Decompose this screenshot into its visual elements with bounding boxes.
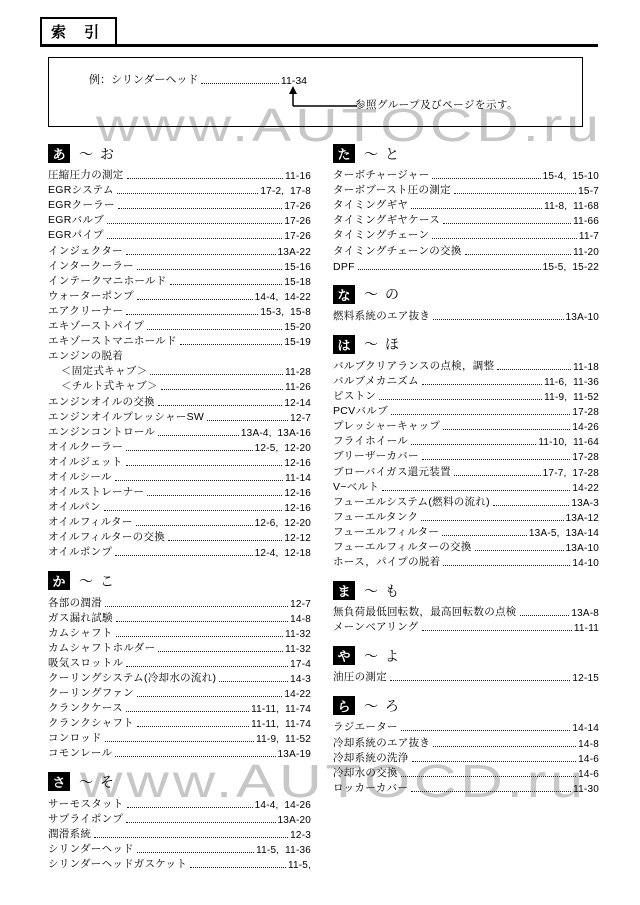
dotted-leader: [432, 178, 540, 179]
entry-page-ref: 17-26: [284, 201, 311, 212]
dotted-leader: [391, 414, 571, 415]
entry-term: ブローバイガス還元装置: [333, 464, 451, 479]
section-kana-end: ろ: [385, 696, 399, 716]
section-kana-end: と: [385, 144, 399, 164]
section-tilde: 〜: [79, 772, 93, 792]
dotted-leader: [94, 837, 288, 838]
dotted-leader: [126, 254, 276, 255]
entry-term: EGRパイプ: [48, 227, 104, 242]
entry-page-ref: 11-20: [573, 247, 599, 258]
section-kana-start: か: [48, 571, 70, 590]
entry-term: ロッカーカバー: [333, 780, 408, 795]
dotted-leader: [207, 420, 288, 421]
entry-page-ref: 12-4, 12-18: [255, 548, 311, 559]
section-kana-start: な: [333, 285, 355, 304]
entry-term: タイミングギヤケース: [333, 212, 440, 227]
entry-term: ガス漏れ試験: [48, 610, 113, 625]
entry-page-ref: 14-4, 14-22: [255, 292, 311, 303]
dotted-leader: [520, 615, 570, 616]
section-header: ま〜も: [333, 581, 599, 600]
entry-term: サーモスタット: [48, 796, 124, 811]
dotted-leader: [421, 520, 563, 521]
entry-term: 吸気スロットル: [48, 655, 123, 670]
reference-arrow-icon: [287, 86, 357, 110]
index-entry-row: カムシャフト11-32: [48, 625, 311, 640]
entry-term: 無負荷最低回転数，最高回転数の点検: [333, 604, 517, 619]
index-entry-row: メーンベアリング11-11: [333, 619, 599, 634]
index-entry-row: EGRシステム17-2, 17-8: [48, 182, 311, 197]
dotted-leader: [137, 726, 249, 727]
dotted-leader: [115, 555, 252, 556]
dotted-leader: [126, 465, 283, 466]
dotted-leader: [107, 223, 282, 224]
example-note: 参照グループ及びページを示す。: [355, 97, 518, 112]
entry-page-ref: 17-28: [572, 452, 599, 463]
index-entry-row: エキゾーストマニホールド15-19: [48, 333, 311, 348]
index-entry-row: フューエルフィルターの交換13A-10: [333, 539, 599, 554]
section-header: ら〜ろ: [333, 696, 599, 715]
dotted-leader: [126, 711, 249, 712]
index-entry-row: DPF15-5, 15-22: [333, 258, 599, 273]
index-entry-row: ブローバイガス還元装置17-7, 17-28: [333, 463, 599, 478]
index-entry-row: ウォーターポンプ14-4, 14-22: [48, 288, 311, 303]
index-column-right: た〜とターボチャージャー15-4, 15-10ターボブースト圧の測定15-7タイ…: [333, 140, 599, 795]
index-entry-row: コンロッド11-9, 11-52: [48, 730, 311, 745]
index-entry-row: クーリングファン14-22: [48, 685, 311, 700]
section-kana-start: ま: [333, 581, 355, 600]
entry-page-ref: 17-4: [290, 659, 311, 670]
index-entry-row: サーモスタット14-4, 14-26: [48, 795, 311, 810]
index-entry-row: 冷却系統の洗浄14-6: [333, 750, 599, 765]
entry-term: EGRシステム: [48, 182, 114, 197]
entry-page-ref: 11-16: [285, 171, 311, 182]
entry-term: エアクリーナー: [48, 303, 123, 318]
dotted-leader: [379, 399, 542, 400]
section-kana-start: あ: [48, 144, 70, 163]
dotted-leader: [411, 791, 571, 792]
index-page: www.AUTOCD.ru www.AUTOCD.ru 索 引 例：シリンダーヘ…: [0, 0, 640, 905]
entry-page-ref: 13A-5, 13A-14: [529, 528, 599, 539]
entry-page-ref: 14-6: [578, 769, 599, 780]
index-entry-row: 吸気スロットル17-4: [48, 655, 311, 670]
section-tilde: 〜: [364, 284, 378, 304]
dotted-leader: [137, 696, 282, 697]
entry-page-ref: 15-16: [284, 262, 311, 273]
entry-page-ref: 15-3, 15-8: [260, 307, 311, 318]
entry-term: クーリングファン: [48, 685, 134, 700]
entry-term: フューエルタンク: [333, 509, 418, 524]
index-entry-row: タイミングチェーン11-7: [333, 227, 599, 242]
entry-term: インタークーラー: [48, 258, 134, 273]
section-tilde: 〜: [79, 571, 93, 591]
entry-page-ref: 14-6: [578, 754, 599, 765]
dotted-leader: [422, 630, 572, 631]
entry-page-ref: 12-7: [290, 599, 311, 610]
section-header: た〜と: [333, 144, 599, 163]
index-entry-row: オイルクーラー12-5, 12-20: [48, 439, 311, 454]
dotted-leader: [126, 666, 288, 667]
entry-page-ref: 12-15: [572, 673, 599, 684]
section-kana-end: も: [385, 581, 399, 601]
dotted-leader: [443, 565, 570, 566]
entry-page-ref: 14-10: [572, 558, 599, 569]
entry-term: 冷却系統のエア抜き: [333, 735, 430, 750]
entry-page-ref: 11-7: [579, 231, 599, 242]
index-entry-row: プレッシャーキャップ14-26: [333, 418, 599, 433]
entry-term: オイルパン: [48, 499, 101, 514]
entry-page-ref: 15-7: [578, 186, 599, 197]
entry-term: ターボブースト圧の測定: [333, 182, 451, 197]
entry-term: タイミングチェーン: [333, 227, 429, 242]
dotted-leader: [107, 238, 283, 239]
entry-page-ref: 15-18: [284, 277, 311, 288]
entry-term: 各部の潤滑: [48, 595, 102, 610]
dotted-leader: [401, 776, 576, 777]
index-entry-row: エンジンコントロール13A-4, 13A-16: [48, 424, 311, 439]
example-entry: 例：シリンダーヘッド 11-34: [89, 71, 307, 87]
entry-page-ref: 14-8: [578, 739, 599, 750]
entry-page-ref: 12-5, 12-20: [255, 443, 311, 454]
page-title: 索 引: [40, 17, 117, 47]
dotted-leader: [190, 867, 286, 868]
entry-page-ref: 11-8, 11-68: [544, 201, 599, 212]
entry-term: V−ベルト: [333, 479, 379, 494]
section-tilde: 〜: [364, 646, 378, 666]
entry-term: コンロッド: [48, 730, 102, 745]
dotted-leader: [137, 299, 253, 300]
dotted-leader: [432, 238, 577, 239]
entry-term: エキゾーストパイプ: [48, 318, 144, 333]
index-entry-row: ターボチャージャー15-4, 15-10: [333, 167, 599, 182]
dotted-leader: [411, 208, 542, 209]
entry-term: ターボチャージャー: [333, 167, 429, 182]
entry-page-ref: 17-7, 17-28: [543, 468, 599, 479]
entry-term: エンジンの脱着: [48, 348, 123, 363]
index-entry-row: ＜固定式キャブ＞11-28: [48, 363, 311, 378]
entry-page-ref: 12-14: [284, 398, 311, 409]
entry-term: カムシャフトホルダー: [48, 640, 155, 655]
index-entry-row: クランクシャフト11-11, 11-74: [48, 715, 311, 730]
index-entry-row: PCVバルブ17-28: [333, 403, 599, 418]
dotted-leader: [126, 314, 258, 315]
section-tilde: 〜: [79, 144, 93, 164]
entry-page-ref: 11-5, 11-36: [256, 845, 311, 856]
dotted-leader: [105, 606, 288, 607]
entry-term: オイルフィルターの交換: [48, 529, 165, 544]
entry-page-ref: 12-16: [284, 503, 311, 514]
section-kana-end: の: [385, 284, 399, 304]
dotted-leader: [168, 540, 282, 541]
dotted-leader: [401, 730, 571, 731]
entry-page-ref: 11-11, 11-74: [251, 704, 311, 715]
dotted-leader: [127, 807, 253, 808]
entry-page-ref: 12-16: [284, 488, 311, 499]
entry-term: シリンダーヘッドガスケット: [48, 856, 187, 871]
entry-page-ref: 13A-12: [566, 513, 599, 524]
dotted-leader: [150, 374, 283, 375]
index-entry-row: 油圧の測定12-15: [333, 669, 599, 684]
entry-page-ref: 13A-20: [278, 815, 311, 826]
entry-term: 冷却水の交換: [333, 765, 398, 780]
entry-term: カムシャフト: [48, 625, 113, 640]
entry-term: エキゾーストマニホールド: [48, 333, 177, 348]
dotted-leader: [382, 490, 570, 491]
dotted-leader: [127, 178, 284, 179]
section-tilde: 〜: [364, 696, 378, 716]
dotted-leader: [493, 505, 569, 506]
dotted-leader: [115, 480, 283, 481]
entry-term: オイルクーラー: [48, 439, 123, 454]
index-entry-row: クーリングシステム(冷却水の流れ)14-3: [48, 670, 311, 685]
section-kana-end: お: [100, 144, 114, 164]
entry-page-ref: 11-28: [285, 367, 311, 378]
dotted-leader: [147, 495, 282, 496]
dotted-leader: [433, 746, 576, 747]
dotted-leader: [161, 389, 283, 390]
entry-term: クーリングシステム(冷却水の流れ): [48, 670, 216, 685]
entry-page-ref: 14-14: [572, 723, 599, 734]
dotted-leader: [422, 384, 542, 385]
index-entry-row: インタークーラー15-16: [48, 258, 311, 273]
entry-page-ref: 11-9, 11-52: [256, 734, 311, 745]
index-entry-row: EGRクーラー17-26: [48, 197, 311, 212]
index-entry-row: ブリーザーカバー17-28: [333, 448, 599, 463]
index-entry-row: エキゾーストパイプ15-20: [48, 318, 311, 333]
index-entry-row: バルブクリアランスの点検，調整11-18: [333, 358, 599, 373]
section-header: さ〜そ: [48, 772, 311, 791]
dotted-leader: [105, 741, 254, 742]
index-entry-row: フライホイール11-10, 11-64: [333, 433, 599, 448]
section-kana-end: そ: [100, 772, 114, 792]
index-entry-row: オイルポンプ12-4, 12-18: [48, 544, 311, 559]
entry-page-ref: 11-10, 11-64: [538, 437, 599, 448]
entry-page-ref: 14-3: [290, 674, 311, 685]
dotted-leader: [117, 193, 259, 194]
entry-term: ＜固定式キャブ＞: [61, 363, 147, 378]
section-header: か〜こ: [48, 571, 311, 590]
index-entry-row: ＜チルト式キャブ＞11-26: [48, 378, 311, 393]
entry-term: オイルジェット: [48, 454, 123, 469]
entry-term: PCVバルブ: [333, 403, 388, 418]
dotted-leader: [158, 405, 282, 406]
entry-page-ref: 17-28: [572, 407, 599, 418]
dotted-leader: [147, 329, 282, 330]
index-entry-row: エアクリーナー15-3, 15-8: [48, 303, 311, 318]
entry-term: DPF: [333, 261, 355, 273]
entry-term: プレッシャーキャップ: [333, 418, 440, 433]
dotted-leader: [158, 435, 239, 436]
entry-page-ref: 12-3: [290, 830, 311, 841]
section-kana-start: は: [333, 335, 355, 354]
entry-term: ホース，パイプの脱着: [333, 554, 440, 569]
entry-term: 冷却系統の洗浄: [333, 750, 409, 765]
dotted-leader: [442, 535, 527, 536]
entry-page-ref: 11-66: [573, 216, 599, 227]
entry-page-ref: 12-16: [284, 458, 311, 469]
dotted-leader: [454, 475, 541, 476]
entry-term: インテークマニホールド: [48, 273, 167, 288]
entry-page-ref: 17-2, 17-8: [260, 186, 311, 197]
entry-page-ref: 11-32: [285, 644, 311, 655]
entry-page-ref: 11-9, 11-52: [544, 392, 599, 403]
entry-page-ref: 13A-19: [278, 749, 311, 760]
index-entry-row: サプライポンプ13A-20: [48, 811, 311, 826]
index-entry-row: オイルストレーナー12-16: [48, 484, 311, 499]
index-entry-row: 冷却水の交換14-6: [333, 765, 599, 780]
index-entry-row: 燃料系統のエア抜き13A-10: [333, 308, 599, 323]
section-kana-start: や: [333, 646, 355, 665]
dotted-leader: [137, 852, 254, 853]
entry-page-ref: 14-26: [572, 422, 599, 433]
index-entry-row: 圧縮圧力の測定11-16: [48, 167, 311, 182]
entry-page-ref: 11-11, 11-74: [251, 719, 311, 730]
dotted-leader: [180, 344, 283, 345]
entry-page-ref: 14-22: [284, 689, 311, 700]
section-kana-start: た: [333, 144, 355, 163]
entry-term: フューエルシステム(燃料の流れ): [333, 494, 490, 509]
entry-term: クランクシャフト: [48, 715, 134, 730]
entry-term: フライホイール: [333, 433, 408, 448]
entry-page-ref: 15-5, 15-22: [543, 262, 599, 273]
section-kana-start: ら: [333, 696, 355, 715]
dotted-leader: [443, 429, 570, 430]
index-entry-row: ホース，パイプの脱着14-10: [333, 554, 599, 569]
entry-term: フューエルフィルターの交換: [333, 539, 472, 554]
entry-page-ref: 13A-4, 13A-16: [241, 428, 311, 439]
example-label: 例：シリンダーヘッド: [89, 71, 199, 87]
index-entry-row: シリンダーヘッドガスケット11-5,: [48, 856, 311, 871]
dotted-leader: [475, 550, 564, 551]
section-header: な〜の: [333, 285, 599, 304]
index-entry-row: エンジンオイルプレッシャーSW12-7: [48, 409, 311, 424]
section-kana-end: ほ: [385, 334, 399, 354]
entry-term: コモンレール: [48, 745, 112, 760]
index-entry-row: 冷却系統のエア抜き14-8: [333, 734, 599, 749]
entry-term: EGRバルブ: [48, 212, 104, 227]
index-entry-row: フューエルタンク13A-12: [333, 509, 599, 524]
entry-term: エンジンオイルの交換: [48, 394, 155, 409]
dotted-leader: [411, 444, 536, 445]
entry-term: エンジンコントロール: [48, 424, 155, 439]
entry-page-ref: 13A-22: [278, 247, 311, 258]
index-entry-row: 無負荷最低回転数，最高回転数の点検13A-8: [333, 604, 599, 619]
dotted-leader: [390, 680, 570, 681]
index-entry-row: オイルジェット12-16: [48, 454, 311, 469]
entry-page-ref: 13A-10: [566, 543, 599, 554]
dotted-leader: [219, 681, 288, 682]
dotted-leader: [201, 83, 279, 84]
dotted-leader: [358, 269, 541, 270]
index-entry-row: EGRバルブ17-26: [48, 212, 311, 227]
entry-term: EGRクーラー: [48, 197, 115, 212]
entry-page-ref: 17-26: [284, 216, 311, 227]
section-header: は〜ほ: [333, 335, 599, 354]
index-entry-row: ロッカーカバー11-30: [333, 780, 599, 795]
entry-page-ref: 11-5,: [288, 860, 311, 871]
dotted-leader: [443, 223, 571, 224]
index-entry-row: タイミングチェーンの交換11-20: [333, 242, 599, 257]
entry-page-ref: 11-14: [285, 473, 311, 484]
dotted-leader: [170, 284, 283, 285]
entry-term: 圧縮圧力の測定: [48, 167, 124, 182]
entry-term: サプライポンプ: [48, 811, 123, 826]
section-kana-end: よ: [385, 646, 399, 666]
dotted-leader: [136, 525, 253, 526]
index-entry-row: エンジンオイルの交換12-14: [48, 393, 311, 408]
entry-page-ref: 12-6, 12-20: [255, 518, 311, 529]
entry-term: クランクケース: [48, 700, 123, 715]
index-entry-row: タイミングギヤケース11-66: [333, 212, 599, 227]
entry-term: バルブクリアランスの点検，調整: [333, 358, 494, 373]
index-entry-row: フューエルシステム(燃料の流れ)13A-3: [333, 494, 599, 509]
entry-term: ブリーザーカバー: [333, 448, 419, 463]
entry-term: フューエルフィルター: [333, 524, 439, 539]
dotted-leader: [118, 208, 283, 209]
entry-term: 油圧の測定: [333, 669, 387, 684]
entry-page-ref: 12-7: [290, 413, 311, 424]
entry-page-ref: 11-6, 11-36: [544, 377, 599, 388]
entry-page-ref: 13A-8: [571, 608, 599, 619]
index-entry-row: フューエルフィルター13A-5, 13A-14: [333, 524, 599, 539]
entry-term: 潤滑系統: [48, 826, 91, 841]
index-entry-row: オイルパン12-16: [48, 499, 311, 514]
index-entry-row: オイルシール11-14: [48, 469, 311, 484]
section-tilde: 〜: [364, 581, 378, 601]
entry-term: ピストン: [333, 388, 376, 403]
section-tilde: 〜: [364, 334, 378, 354]
section-header: や〜よ: [333, 646, 599, 665]
entry-term: シリンダーヘッド: [48, 841, 134, 856]
entry-page-ref: 11-11: [574, 623, 599, 634]
index-entry-row: 各部の潤滑12-7: [48, 594, 311, 609]
index-column-left: あ〜お圧縮圧力の測定11-16EGRシステム17-2, 17-8EGRクーラー1…: [48, 140, 311, 871]
index-entry-row: オイルフィルターの交換12-12: [48, 529, 311, 544]
index-entry-row: ピストン11-9, 11-52: [333, 388, 599, 403]
index-entry-row: カムシャフトホルダー11-32: [48, 640, 311, 655]
entry-term: 燃料系統のエア抜き: [333, 308, 430, 323]
dotted-leader: [116, 621, 288, 622]
entry-term: タイミングギヤ: [333, 197, 408, 212]
section-header: あ〜お: [48, 144, 311, 163]
dotted-leader: [104, 510, 283, 511]
title-rule: [40, 44, 598, 47]
dotted-leader: [158, 651, 283, 652]
example-box: 例：シリンダーヘッド 11-34 参照グループ及びページを示す。: [48, 57, 583, 127]
entry-page-ref: 14-4, 14-26: [255, 800, 311, 811]
dotted-leader: [497, 369, 571, 370]
dotted-leader: [465, 254, 572, 255]
entry-term: ラジエーター: [333, 719, 398, 734]
index-entry-row: インジェクター13A-22: [48, 242, 311, 257]
entry-term: エンジンオイルプレッシャーSW: [48, 409, 204, 424]
entry-term: オイルポンプ: [48, 544, 112, 559]
entry-page-ref: 11-18: [573, 362, 599, 373]
entry-page-ref: 11-30: [573, 784, 599, 795]
entry-page-ref: 15-19: [284, 337, 311, 348]
index-entry-row: EGRパイプ17-26: [48, 227, 311, 242]
index-entry-row: コモンレール13A-19: [48, 745, 311, 760]
index-entry-row: ターボブースト圧の測定15-7: [333, 182, 599, 197]
entry-term: オイルフィルター: [48, 514, 133, 529]
index-entry-row: バルブメカニズム11-6, 11-36: [333, 373, 599, 388]
index-entry-row: インテークマニホールド15-18: [48, 273, 311, 288]
dotted-leader: [433, 319, 563, 320]
entry-term: ＜チルト式キャブ＞: [61, 378, 158, 393]
entry-page-ref: 15-20: [284, 322, 311, 333]
section-kana-end: こ: [100, 571, 114, 591]
index-entry-row: クランクケース11-11, 11-74: [48, 700, 311, 715]
entry-page-ref: 15-4, 15-10: [543, 171, 599, 182]
